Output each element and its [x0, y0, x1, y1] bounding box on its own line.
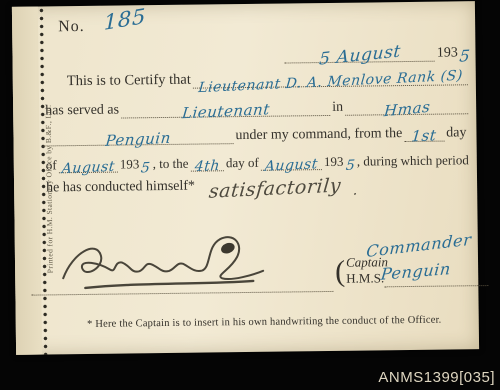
in-label: in — [330, 100, 345, 116]
date-year-printed: 193 — [435, 45, 460, 61]
captain-signature — [55, 229, 326, 298]
ship-fill: Penguin — [43, 124, 233, 146]
date-handwritten: 5 August — [318, 44, 401, 69]
conduct-label: he has conducted himself* — [44, 179, 197, 197]
photographed-document-page: { "artifact_label": "ANMS1399[035]", "do… — [0, 0, 500, 390]
from-day-handwritten: 1st — [411, 128, 437, 144]
date-fill-line: 5 August — [284, 42, 435, 64]
certificate-of-conduct-document: Printed for H.M. Stationery Office by B.… — [12, 1, 479, 355]
conduct-handwritten: satisfactorily — [208, 177, 342, 202]
to-day-fill: 4th — [190, 151, 224, 171]
from-year-suffix: 5 — [141, 161, 152, 175]
ship-command-line: Penguin under my command, from the 1st d… — [43, 121, 468, 146]
served-as-label: has served as — [43, 102, 121, 119]
date-year-suffix: 5 — [459, 48, 471, 65]
certificate-number-value: 185 — [104, 6, 146, 34]
day-label: day — [444, 125, 468, 141]
served-as-fill: Lieutenant — [121, 96, 330, 119]
brace-glyph: ( — [335, 258, 345, 285]
in-handwritten: Hmas — [383, 100, 431, 120]
command-label: under my command, from the — [233, 126, 404, 144]
conduct-line: he has conducted himself* satisfactorily… — [44, 175, 469, 196]
conduct-period: . — [352, 184, 358, 198]
to-month-handwritten: August — [264, 157, 318, 174]
to-year-suffix: 5 — [345, 158, 356, 172]
of-label: of — [44, 158, 59, 173]
from-month-handwritten: August — [61, 160, 115, 177]
period-label: , during which period — [355, 153, 471, 169]
date-line: 5 August 193 5 — [284, 41, 470, 63]
from-month-fill: August — [59, 153, 118, 174]
served-as-handwritten: Lieutenant — [181, 102, 270, 121]
to-the-label: , to the — [151, 157, 191, 172]
day-of-label: day of — [224, 156, 261, 171]
to-month-fill: August — [261, 150, 322, 171]
certify-line: This is to Certify that Lieutenant D. A.… — [65, 65, 468, 90]
archive-reference-label: ANMS1399[035] — [378, 369, 495, 386]
served-as-line: has served as Lieutenant in Hmas — [43, 94, 468, 119]
hms-label: H.M.S. — [346, 271, 384, 288]
from-day-fill: 1st — [404, 122, 444, 142]
officer-name-line: Lieutenant D. A. Menlove Rank (S) — [193, 65, 468, 88]
to-day-handwritten: 4th — [194, 159, 220, 174]
to-year-printed: 193 — [322, 155, 346, 170]
ship-handwritten: Penguin — [105, 131, 172, 149]
certify-label: This is to Certify that — [65, 72, 193, 90]
footnote: * Here the Captain is to insert in his o… — [56, 314, 473, 330]
dates-of-service-line: of August 193 5 , to the 4th day of Augu… — [44, 148, 471, 173]
in-fill: Hmas — [345, 94, 468, 116]
officer-name-handwritten: Lieutenant D. A. Menlove Rank (S) — [197, 69, 463, 95]
certificate-number-label: No. — [58, 18, 85, 36]
from-year-printed: 193 — [118, 157, 142, 172]
